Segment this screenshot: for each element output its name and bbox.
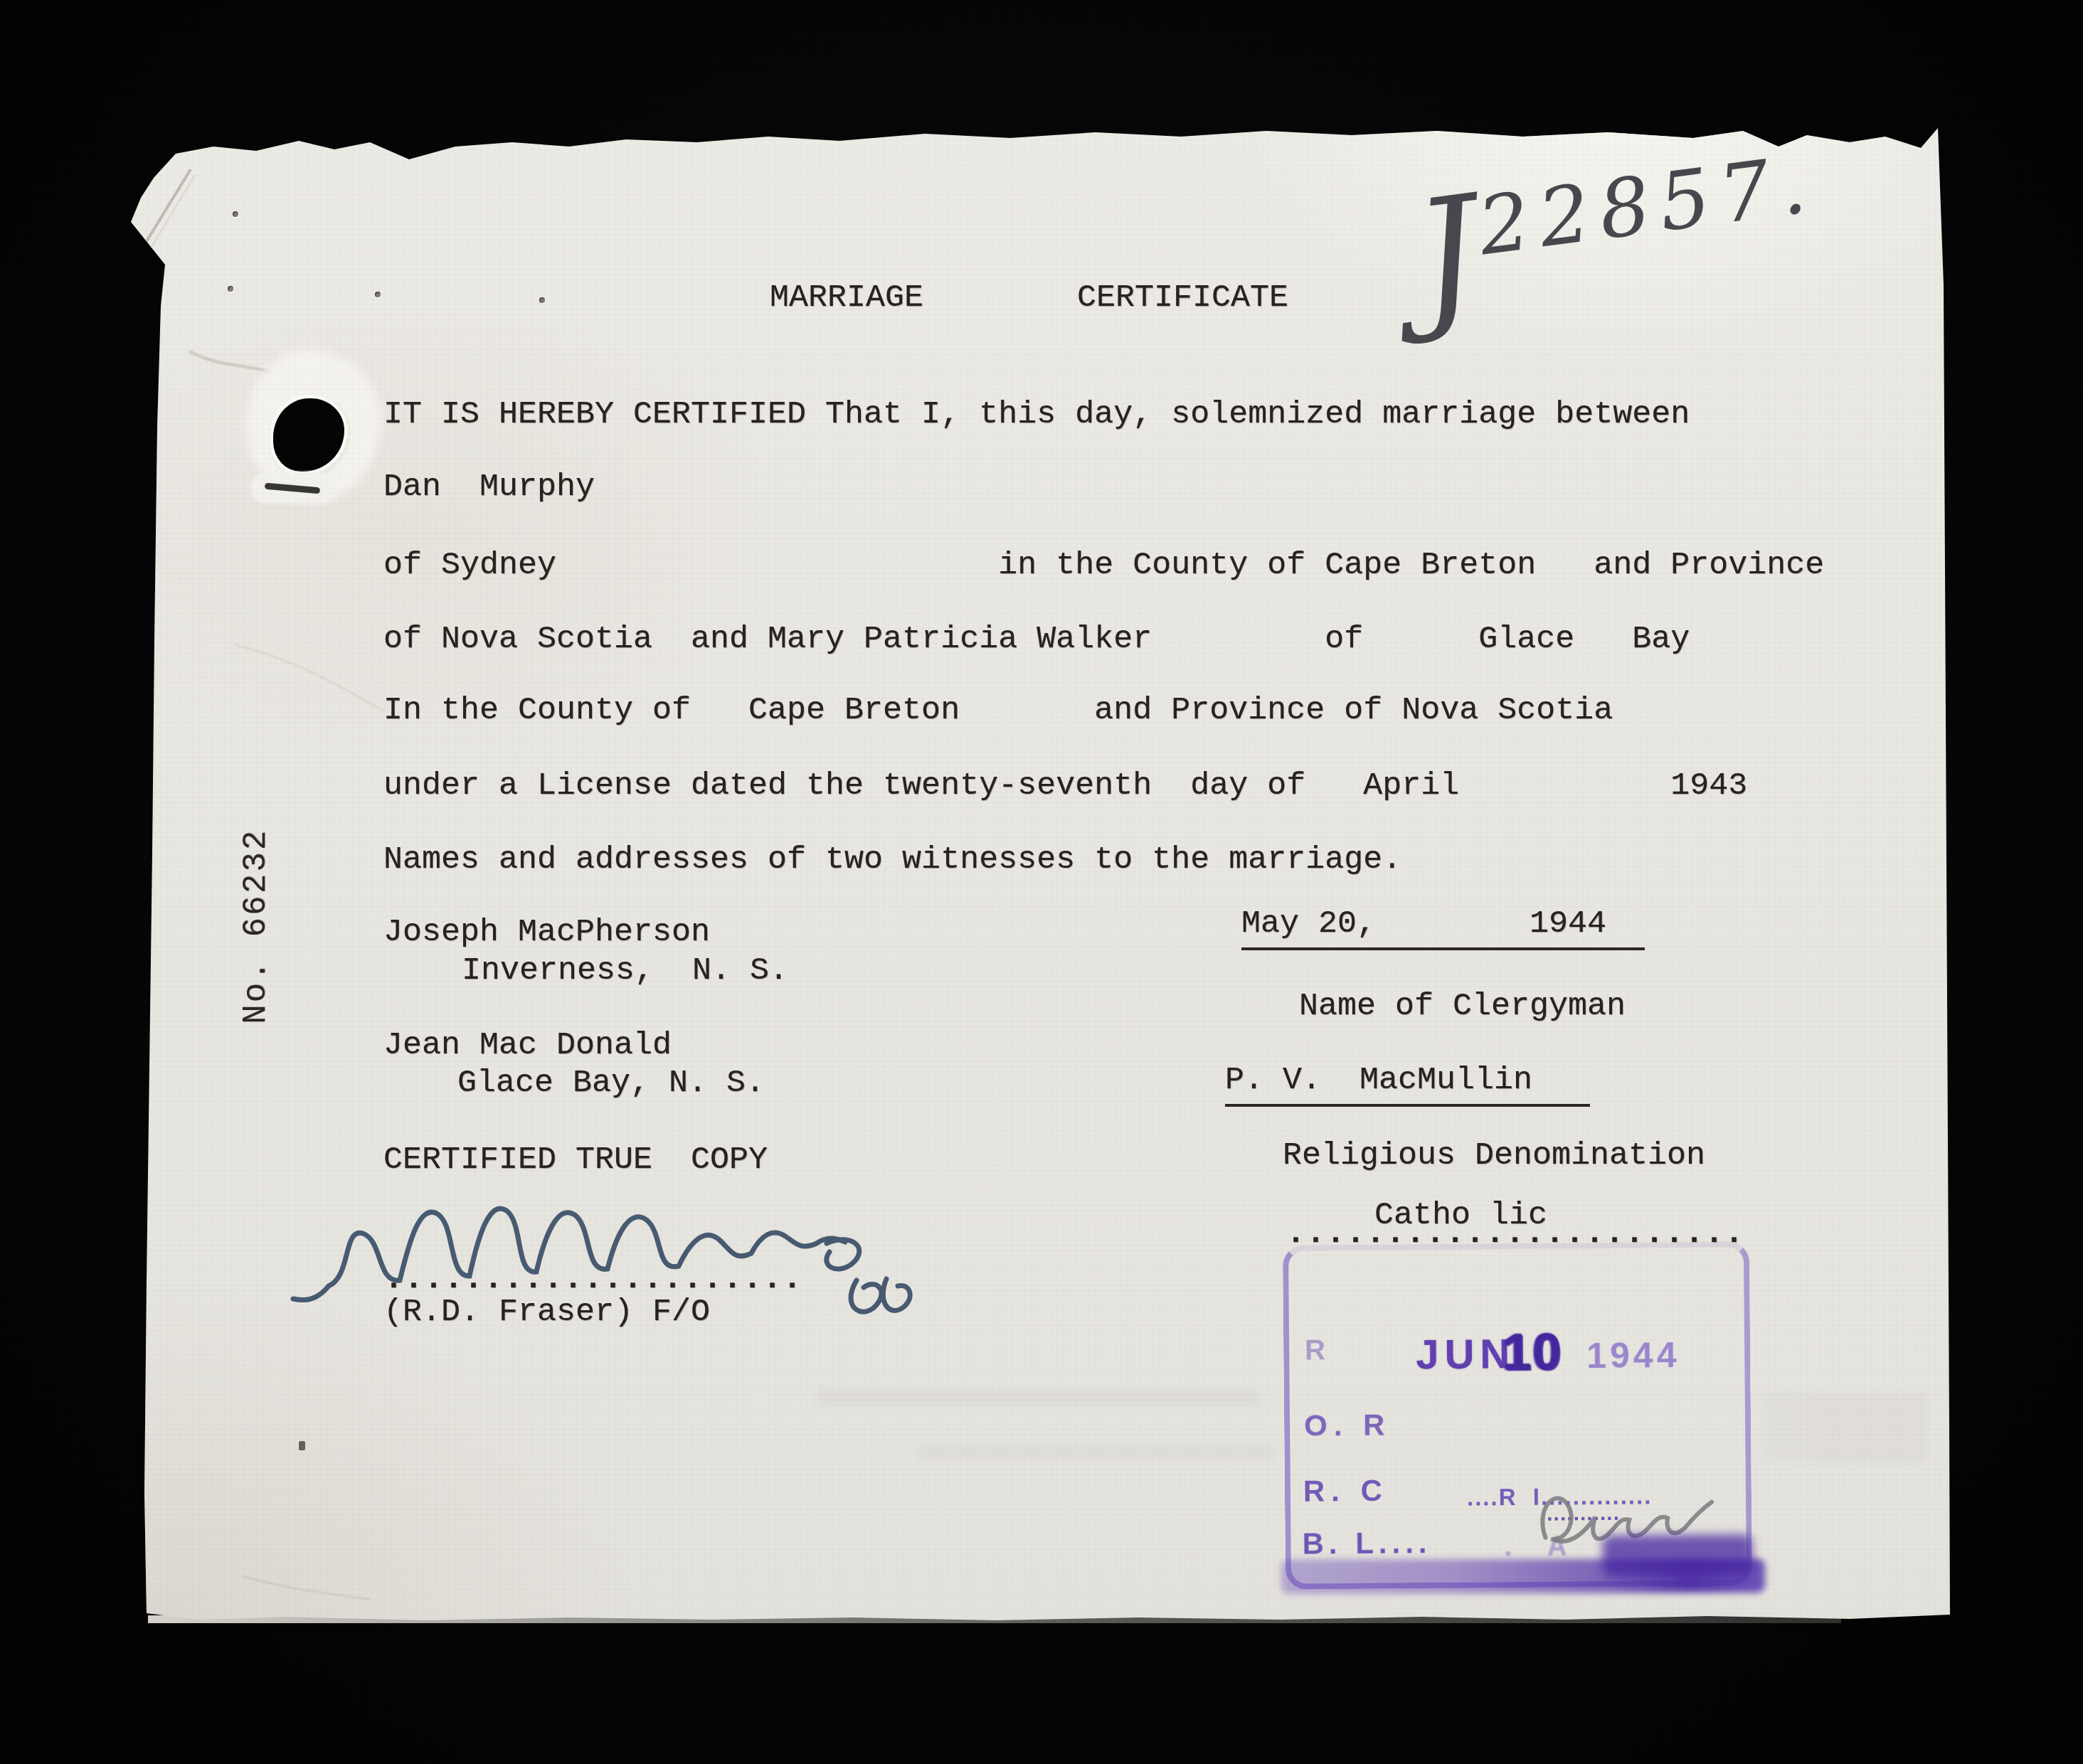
witness-2-address: Glace Bay, N. S. [457, 1067, 765, 1099]
county-line: In the County of Cape Breton and Provinc… [383, 694, 1613, 726]
stamp-row-bl: B. L.... [1302, 1526, 1431, 1561]
bleedthrough-mark [918, 1445, 1273, 1461]
witness-2-name: Jean Mac Donald [383, 1029, 672, 1061]
witness-1-name: Joseph MacPherson [383, 916, 710, 948]
stamp-year: 1944 [1586, 1334, 1680, 1376]
marriage-date-value: May 20, 1944 [1241, 905, 1645, 950]
clergyman-name-value: P. V. MacMullin [1225, 1062, 1590, 1107]
stamp-row-or: O. R [1304, 1408, 1392, 1443]
certified-true-copy-label: CERTIFIED TRUE COPY [383, 1144, 768, 1176]
certify-line: IT IS HEREBY CERTIFIED That I, this day,… [383, 398, 1690, 430]
stamp-row-rc: R. C [1303, 1474, 1389, 1509]
bleedthrough-mark [818, 1388, 1259, 1407]
license-line: under a License dated the twenty-seventh… [383, 770, 1747, 802]
marriage-date: May 20, 1944 [1241, 908, 1645, 940]
clergyman-name: P. V. MacMullin [1225, 1064, 1590, 1096]
clergyman-label: Name of Clergyman [1299, 990, 1626, 1022]
pinhole [375, 292, 381, 297]
stamp-bottom-smudge [1602, 1534, 1751, 1577]
stamp-day: 10 [1502, 1322, 1563, 1381]
bride-line: of Nova Scotia and Mary Patricia Walker … [383, 623, 1690, 655]
stamp-faint-letter: R [1305, 1334, 1325, 1366]
vertical-registration-number: No. 66232 [238, 829, 275, 1024]
pinhole [539, 297, 545, 303]
witness-heading: Names and addresses of two witnesses to … [383, 844, 1401, 876]
receiving-stamp: R JUN 10 1944 O. R R. C ....R I.........… [1283, 1241, 1752, 1590]
pinhole [233, 211, 238, 217]
signature-ink [283, 1172, 923, 1357]
bleedthrough-mark [1764, 1391, 1928, 1462]
stamp-month: JUN [1416, 1330, 1516, 1378]
paper-creases [0, 0, 2083, 1764]
certificate-paper: J22857. No. 66232 MARRIAGE CERTIFICATE I… [0, 0, 2083, 1764]
file-number-digits: 22857. [1473, 137, 1821, 273]
document-title: MARRIAGE CERTIFICATE [770, 282, 1288, 314]
residence-line: of Sydney in the County of Cape Breton a… [383, 549, 1824, 581]
scanned-photo: J22857. No. 66232 MARRIAGE CERTIFICATE I… [0, 0, 2083, 1764]
pinhole [228, 286, 233, 292]
paper-speck [299, 1441, 305, 1450]
groom-name-line: Dan Murphy [383, 471, 595, 503]
witness-1-address: Inverness, N. S. [462, 955, 788, 987]
denomination-label: Religious Denomination [1283, 1139, 1705, 1171]
